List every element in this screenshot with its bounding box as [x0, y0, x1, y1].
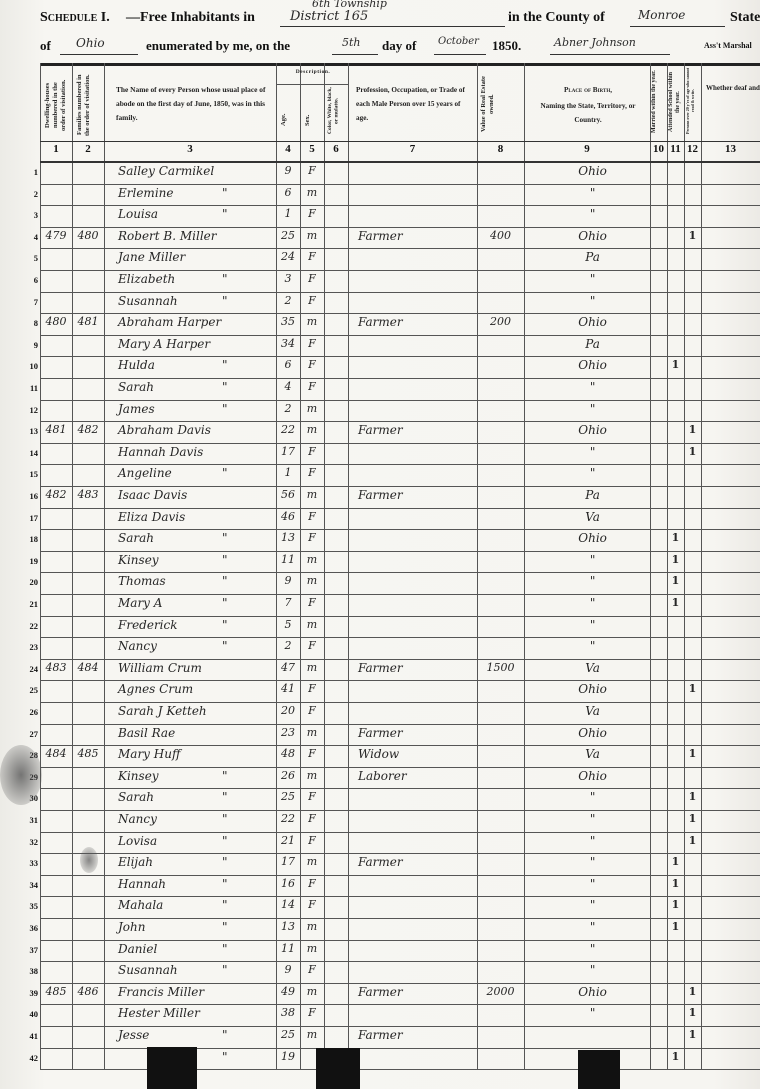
cell-birthplace: Va [552, 747, 633, 761]
census-row[interactable]: 7Susannah2F"" [40, 292, 760, 315]
cell-illiterate: 1 [684, 812, 701, 825]
line-number: 38 [0, 966, 38, 976]
cell-name-ditto-mark: " [222, 186, 228, 200]
column-number: 9 [524, 143, 650, 155]
cell-birthplace: Pa [552, 337, 633, 351]
cell-sex: m [300, 488, 324, 501]
cell-name: Abraham Harper [118, 315, 221, 329]
cell-name: Kinsey [118, 553, 159, 567]
cell-age: 11 [276, 942, 300, 955]
day-of-label: day of [382, 38, 416, 54]
cell-sex: m [300, 920, 324, 933]
column-number: 1 [40, 143, 72, 155]
cell-name-ditto-mark: " [222, 812, 228, 826]
cell-age: 5 [276, 618, 300, 631]
cell-sex: F [300, 531, 324, 544]
cell-school: 1 [667, 531, 684, 544]
cell-occupation: Farmer [358, 423, 403, 437]
cell-name-ditto-mark: " [222, 207, 228, 221]
cell-estate: 400 [477, 229, 524, 242]
cell-sex: F [300, 164, 324, 177]
cell-name: Robert B. Miller [118, 229, 217, 243]
header-school: Attended School within the year. [668, 68, 684, 136]
cell-birthplace: Ohio [552, 985, 633, 999]
column-number: 2 [72, 143, 104, 155]
census-row[interactable]: 37Daniel11m"" [40, 940, 760, 963]
cell-age: 17 [276, 855, 300, 868]
cell-illiterate: 1 [684, 1028, 701, 1041]
line-number: 33 [0, 858, 38, 868]
census-row[interactable]: 1Salley Carmikel9FOhio [40, 162, 760, 185]
cell-name: Jane Miller [118, 250, 185, 264]
cell-birthplace: " [552, 618, 633, 632]
cell-sex: F [300, 898, 324, 911]
census-row[interactable]: 10Hulda6FOhio1" [40, 356, 760, 379]
cell-sex: F [300, 510, 324, 523]
cell-dwelling: 480 [40, 315, 72, 328]
cell-sex: F [300, 337, 324, 350]
cell-occupation: Farmer [358, 661, 403, 675]
cell-illiterate: 1 [684, 229, 701, 242]
cell-dwelling: 482 [40, 488, 72, 501]
header-color: Color, White, black, or mulatto. [327, 86, 347, 136]
cell-name: Isaac Davis [118, 488, 187, 502]
census-row[interactable]: 30Sarah25F"1" [40, 788, 760, 811]
cell-age: 26 [276, 769, 300, 782]
cell-name: Mary A [118, 596, 162, 610]
census-row[interactable]: 21Mary A7F"1" [40, 594, 760, 617]
cell-name-ditto-mark: " [222, 1050, 228, 1064]
cell-birthplace: Ohio [552, 164, 633, 178]
header-name: The Name of every Person whose usual pla… [116, 83, 271, 125]
cell-age: 19 [276, 1050, 300, 1063]
cell-age: 4 [276, 380, 300, 393]
cell-age: 6 [276, 186, 300, 199]
census-row[interactable]: 13481482Abraham Davis22mFarmerOhio1 [40, 421, 760, 444]
cell-occupation: Farmer [358, 726, 403, 740]
line-number: 11 [0, 383, 38, 393]
cell-name-ditto-mark: " [222, 272, 228, 286]
header-married: Married within the year. [651, 68, 667, 136]
cell-sex: m [300, 423, 324, 436]
state-label: State [730, 10, 760, 26]
census-row[interactable]: 31Nancy22F"1" [40, 810, 760, 833]
cell-school: 1 [667, 920, 684, 933]
cell-school: 1 [667, 855, 684, 868]
cell-age: 9 [276, 574, 300, 587]
cell-name: Francis Miller [118, 985, 204, 999]
cell-age: 2 [276, 402, 300, 415]
cell-age: 24 [276, 250, 300, 263]
cell-birthplace: " [552, 596, 633, 610]
cell-birthplace: " [552, 294, 633, 308]
cell-name: Sarah J Ketteh [118, 704, 207, 718]
cell-name: Mary Huff [118, 747, 180, 761]
cell-name-ditto-mark: " [222, 466, 228, 480]
marshal-label: Ass't Marshal [704, 41, 752, 50]
cell-dwelling: 479 [40, 229, 72, 242]
census-row[interactable]: 16482483Isaac Davis56mFarmerPa [40, 486, 760, 509]
year-value: 1850. [492, 38, 521, 54]
census-row[interactable]: 22Frederick5m"" [40, 616, 760, 639]
cell-occupation: Farmer [358, 985, 403, 999]
census-row[interactable]: 33Elijah17mFarmer"1" [40, 853, 760, 876]
cell-birthplace: Pa [552, 488, 633, 502]
census-row[interactable]: 11Sarah4F"" [40, 378, 760, 401]
cell-sex: F [300, 250, 324, 263]
cell-name: Angeline [118, 466, 172, 480]
census-row[interactable]: 38Susannah9F"" [40, 961, 760, 984]
cell-sex: F [300, 596, 324, 609]
census-row[interactable]: 40Hester Miller38F"1 [40, 1004, 760, 1027]
cell-birthplace: " [552, 855, 633, 869]
cell-birthplace: Ohio [552, 531, 633, 545]
cell-sex: F [300, 747, 324, 760]
cell-birthplace: " [552, 877, 633, 891]
cell-name-ditto-mark: " [222, 402, 228, 416]
cell-name-ditto-mark: " [222, 596, 228, 610]
cell-sex: m [300, 1028, 324, 1041]
header-sex: Sex. [304, 104, 322, 136]
line-number: 35 [0, 901, 38, 911]
cell-sex: F [300, 704, 324, 717]
cell-age: 21 [276, 834, 300, 847]
cell-age: 16 [276, 877, 300, 890]
cell-age: 25 [276, 1028, 300, 1041]
cell-name-ditto-mark: " [222, 553, 228, 567]
cell-school: 1 [667, 877, 684, 890]
cell-name: Mahala [118, 898, 163, 912]
census-row[interactable]: 8480481Abraham Harper35mFarmer200Ohio [40, 313, 760, 336]
cell-age: 1 [276, 207, 300, 220]
cell-age: 17 [276, 445, 300, 458]
cell-name-ditto-mark: " [222, 531, 228, 545]
column-number: 3 [104, 143, 276, 155]
cell-name: Frederick [118, 618, 178, 632]
ink-smudge [80, 847, 98, 873]
cell-name-ditto-mark: " [222, 618, 228, 632]
column-number: 12 [684, 143, 701, 155]
cell-sex: m [300, 726, 324, 739]
column-number: 5 [300, 143, 324, 155]
cell-family: 481 [72, 315, 104, 328]
line-number: 26 [0, 707, 38, 717]
cell-occupation: Farmer [358, 229, 403, 243]
census-row[interactable]: 2Erlemine6m"" [40, 184, 760, 207]
cell-name: Abraham Davis [118, 423, 211, 437]
cell-name: Thomas [118, 574, 166, 588]
schedule-title-line: Schedule I. —Free Inhabitants in 6th Tow… [40, 6, 760, 28]
line-number: 37 [0, 945, 38, 955]
line-number: 34 [0, 880, 38, 890]
cell-sex: m [300, 315, 324, 328]
line-number: 12 [0, 405, 38, 415]
line-number: 15 [0, 469, 38, 479]
census-row[interactable]: 17Eliza Davis46FVa [40, 508, 760, 531]
line-number: 42 [0, 1053, 38, 1063]
cell-sex: F [300, 812, 324, 825]
cell-name: Basil Rae [118, 726, 175, 740]
line-number: 32 [0, 837, 38, 847]
cell-school: 1 [667, 596, 684, 609]
cell-age: 9 [276, 963, 300, 976]
cell-estate: 1500 [477, 661, 524, 674]
cell-sex: F [300, 380, 324, 393]
line-number: 36 [0, 923, 38, 933]
census-row[interactable]: 26Sarah J Ketteh20FVa [40, 702, 760, 725]
cell-occupation: Farmer [358, 315, 403, 329]
line-number: 18 [0, 534, 38, 544]
line-number: 13 [0, 426, 38, 436]
line-number: 3 [0, 210, 38, 220]
cell-estate: 2000 [477, 985, 524, 998]
cell-age: 1 [276, 466, 300, 479]
cell-dwelling: 481 [40, 423, 72, 436]
cell-age: 47 [276, 661, 300, 674]
header-description: Description. [278, 67, 348, 77]
cell-age: 13 [276, 920, 300, 933]
cell-sex: F [300, 790, 324, 803]
line-number: 39 [0, 988, 38, 998]
cell-birthplace: Va [552, 661, 633, 675]
cell-school: 1 [667, 574, 684, 587]
cell-name: Hulda [118, 358, 155, 372]
cell-age: 23 [276, 726, 300, 739]
line-number: 1 [0, 167, 38, 177]
cell-sex: F [300, 639, 324, 652]
cell-age: 48 [276, 747, 300, 760]
cell-name: Daniel [118, 942, 157, 956]
cell-sex: F [300, 294, 324, 307]
cell-sex: m [300, 855, 324, 868]
column-number: 8 [477, 143, 524, 155]
cell-birthplace: " [552, 790, 633, 804]
cell-occupation: Farmer [358, 488, 403, 502]
cell-school: 1 [667, 553, 684, 566]
census-row[interactable]: 14Hannah Davis17F"1 [40, 443, 760, 466]
cell-birthplace: " [552, 834, 633, 848]
census-row[interactable]: 20Thomas9m"1" [40, 572, 760, 595]
header-age: Age. [280, 104, 298, 136]
census-row[interactable]: 34Hannah16F"1" [40, 875, 760, 898]
cell-name: Salley Carmikel [118, 164, 214, 178]
cell-name: John [118, 920, 146, 934]
county-label: in the County of [508, 10, 605, 26]
census-page: Schedule I. —Free Inhabitants in 6th Tow… [0, 0, 760, 1089]
cell-sex: F [300, 682, 324, 695]
cell-illiterate: 1 [684, 834, 701, 847]
header-real-estate: Value of Real Estate owned. [480, 72, 522, 136]
cell-name: James [118, 402, 155, 416]
census-row[interactable]: 27Basil Rae23mFarmerOhio [40, 724, 760, 747]
marshal-name: Abner Johnson [554, 36, 636, 49]
cell-name: Hester Miller [118, 1006, 200, 1020]
cell-sex: F [300, 272, 324, 285]
cell-name: Eliza Davis [118, 510, 185, 524]
header-family: Families numbered in the order of visita… [76, 74, 102, 136]
cell-name: Mary A Harper [118, 337, 210, 351]
cell-birthplace: Ohio [552, 315, 633, 329]
header-occupation: Profession, Occupation, or Trade of each… [356, 83, 474, 125]
cell-name-ditto-mark: " [222, 920, 228, 934]
census-row[interactable]: 19Kinsey11m"1" [40, 551, 760, 574]
cell-name: Hannah Davis [118, 445, 203, 459]
line-number: 19 [0, 556, 38, 566]
enumeration-line: of Ohio enumerated by me, on the 5th day… [40, 34, 760, 56]
cell-sex: F [300, 207, 324, 220]
column-number: 10 [650, 143, 667, 155]
cell-sex: m [300, 402, 324, 415]
cell-age: 56 [276, 488, 300, 501]
cell-birthplace: " [552, 942, 633, 956]
cell-age: 2 [276, 639, 300, 652]
cell-name-ditto-mark: " [222, 294, 228, 308]
cell-name-ditto-mark: " [222, 769, 228, 783]
census-row[interactable]: 32Lovisa21F"1" [40, 832, 760, 855]
cell-sex: m [300, 985, 324, 998]
cell-family: 482 [72, 423, 104, 436]
cell-age: 25 [276, 229, 300, 242]
cell-name: Jesse [118, 1028, 149, 1042]
cell-sex: m [300, 574, 324, 587]
line-number: 20 [0, 577, 38, 587]
census-row[interactable]: 15Angeline1F"" [40, 464, 760, 487]
cell-sex: F [300, 445, 324, 458]
cell-name: Sarah [118, 790, 154, 804]
margin-stain [0, 745, 42, 805]
line-number: 2 [0, 189, 38, 199]
cell-name: Hannah [118, 877, 166, 891]
title-prefix: —Free Inhabitants in [126, 10, 255, 26]
cell-age: 13 [276, 531, 300, 544]
cell-name: Susannah [118, 294, 178, 308]
cell-age: 3 [276, 272, 300, 285]
census-row[interactable]: 24483484William Crum47mFarmer1500Va [40, 659, 760, 682]
header-disability: Whether deaf and dumb, blind, insane, id… [706, 83, 760, 93]
cell-birthplace: " [552, 920, 633, 934]
cell-birthplace: " [552, 963, 633, 977]
state-value: Ohio [76, 36, 105, 50]
cell-sex: F [300, 877, 324, 890]
month-value: October [438, 36, 479, 47]
line-number: 22 [0, 621, 38, 631]
column-number: 4 [276, 143, 300, 155]
header-dwelling: Dwelling-houses numbered in the order of… [44, 74, 70, 136]
cell-age: 25 [276, 790, 300, 803]
census-row[interactable]: 12James2m"" [40, 400, 760, 423]
census-row[interactable]: 28484485Mary Huff48FWidowVa1 [40, 745, 760, 768]
cell-name-ditto-mark: " [222, 639, 228, 653]
header-birthplace-title: Place of Birth, [528, 85, 648, 95]
census-row[interactable]: 41Jesse25mFarmer1" [40, 1026, 760, 1049]
census-row[interactable]: 23Nancy2F"" [40, 637, 760, 660]
cell-name: Nancy [118, 639, 157, 653]
cell-age: 11 [276, 553, 300, 566]
line-number: 23 [0, 642, 38, 652]
column-number: 11 [667, 143, 684, 155]
census-row[interactable]: 5Jane Miller24FPa [40, 248, 760, 271]
census-row[interactable]: 4479480Robert B. Miller25mFarmer400Ohio1 [40, 227, 760, 250]
census-row[interactable]: 3Louisa1F"" [40, 205, 760, 228]
cell-birthplace: " [552, 466, 633, 480]
census-row[interactable]: 6Elizabeth3F"" [40, 270, 760, 293]
line-number: 5 [0, 253, 38, 263]
line-number: 17 [0, 513, 38, 523]
cell-age: 38 [276, 1006, 300, 1019]
cell-name: Elijah [118, 855, 153, 869]
line-number: 8 [0, 318, 38, 328]
line-number: 14 [0, 448, 38, 458]
cell-name-ditto-mark: " [222, 1028, 228, 1042]
cell-birthplace: " [552, 380, 633, 394]
cell-name-ditto-mark: " [222, 963, 228, 977]
redaction-blot [578, 1050, 620, 1089]
cell-illiterate: 1 [684, 985, 701, 998]
cell-age: 20 [276, 704, 300, 717]
cell-name-ditto-mark: " [222, 898, 228, 912]
cell-sex: m [300, 942, 324, 955]
cell-birthplace: " [552, 553, 633, 567]
cell-illiterate: 1 [684, 423, 701, 436]
day-value: 5th [342, 36, 361, 49]
cell-family: 486 [72, 985, 104, 998]
cell-birthplace: " [552, 445, 633, 459]
cell-birthplace: Ohio [552, 358, 633, 372]
cell-name: Erlemine [118, 186, 173, 200]
cell-sex: m [300, 229, 324, 242]
cell-name: Sarah [118, 531, 154, 545]
line-number: 25 [0, 685, 38, 695]
cell-age: 22 [276, 423, 300, 436]
cell-birthplace: " [552, 1006, 633, 1020]
census-row[interactable]: 39485486Francis Miller49mFarmer2000Ohio1 [40, 983, 760, 1006]
line-number: 31 [0, 815, 38, 825]
cell-name: Elizabeth [118, 272, 175, 286]
column-number: 7 [348, 143, 477, 155]
cell-name-ditto-mark: " [222, 574, 228, 588]
census-row[interactable]: 35Mahala14F"1" [40, 896, 760, 919]
cell-illiterate: 1 [684, 790, 701, 803]
cell-sex: F [300, 1006, 324, 1019]
cell-birthplace: " [552, 639, 633, 653]
line-number: 10 [0, 361, 38, 371]
cell-name-ditto-mark: " [222, 790, 228, 804]
cell-name-ditto-mark: " [222, 834, 228, 848]
cell-birthplace: " [552, 186, 633, 200]
schedule-label: Schedule I. [40, 10, 110, 26]
census-row[interactable]: 18Sarah13FOhio1" [40, 529, 760, 552]
census-row[interactable]: 29Kinsey26mLaborerOhio" [40, 767, 760, 790]
line-number: 16 [0, 491, 38, 501]
census-row[interactable]: 36John13m"1" [40, 918, 760, 941]
cell-birthplace: " [552, 402, 633, 416]
line-number: 6 [0, 275, 38, 285]
line-number: 21 [0, 599, 38, 609]
cell-age: 14 [276, 898, 300, 911]
census-row[interactable]: 9Mary A Harper34FPa [40, 335, 760, 358]
cell-birthplace: " [552, 574, 633, 588]
census-row[interactable]: 25Agnes Crum41FOhio1 [40, 680, 760, 703]
cell-estate: 200 [477, 315, 524, 328]
cell-sex: m [300, 661, 324, 674]
cell-name-ditto-mark: " [222, 358, 228, 372]
cell-school: 1 [667, 358, 684, 371]
cell-name-ditto-mark: " [222, 877, 228, 891]
cell-school: 1 [667, 898, 684, 911]
cell-birthplace: " [552, 898, 633, 912]
cell-birthplace: Ohio [552, 726, 633, 740]
cell-illiterate: 1 [684, 747, 701, 760]
